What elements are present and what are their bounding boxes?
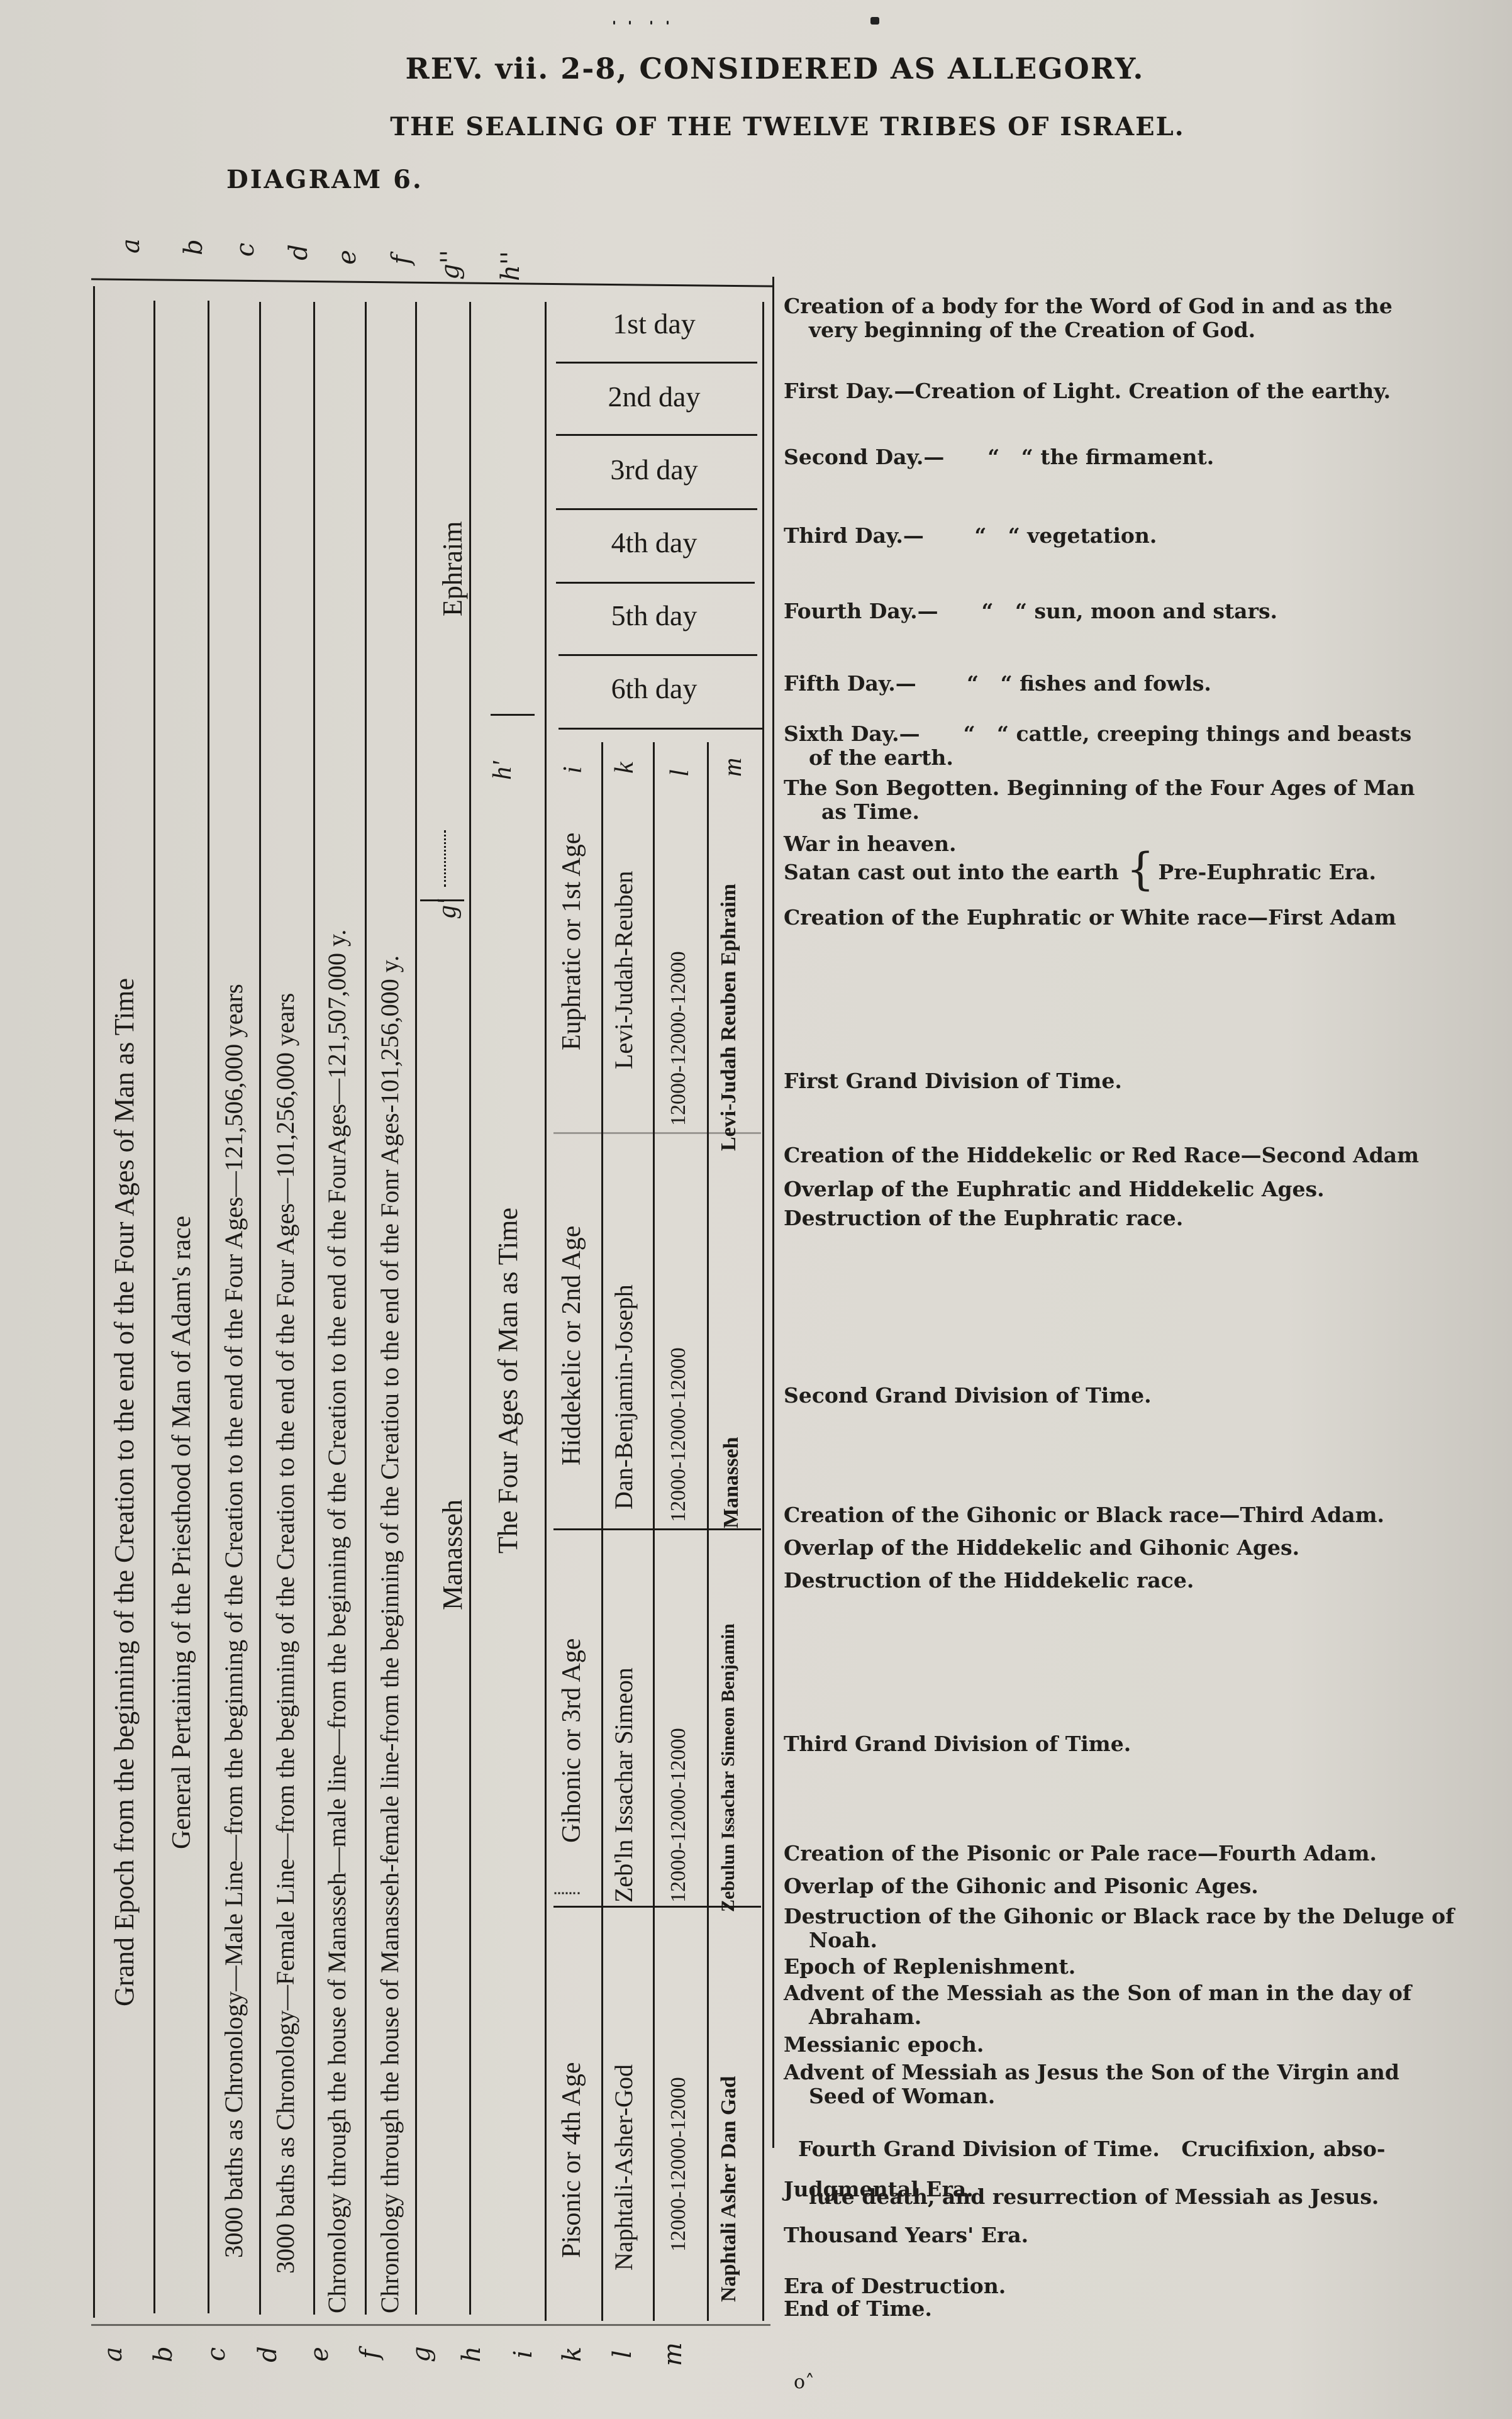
desc-text: Epoch of Replenishment.: [784, 1954, 1076, 1979]
desc-1: First Day.—Creation of Light. Creation o…: [784, 379, 1494, 403]
diagram-label: DIAGRAM 6.: [226, 165, 423, 194]
desc-text: First Grand Division of Time.: [784, 1069, 1122, 1093]
rule-f-right: [415, 302, 417, 2315]
column-h-mark: h': [489, 761, 516, 780]
column-letter-c: c: [231, 231, 260, 269]
row-letter-m: m: [659, 2335, 687, 2373]
desc-text: Overlap of the Gihonic and Pisonic Ages.: [784, 1874, 1259, 1898]
day-label-5: 5th day: [547, 599, 761, 632]
desc-text: Satan cast out into the earth: [784, 860, 1119, 884]
print-speck: [613, 21, 615, 25]
desc-31: End of Time.: [784, 2297, 1494, 2321]
numbers-l-2: 12000-12000-12000: [668, 1347, 689, 1522]
numbers-l-3: 12000-12000-12000: [668, 1728, 689, 1903]
desc-text: Fifth Day.— “ “ fishes and fowls.: [784, 671, 1211, 696]
desc-text: Era of Destruction.: [784, 2274, 1006, 2298]
desc-text: Destruction of the Hiddekelic race.: [784, 1568, 1194, 1593]
row-mark-l: l: [667, 769, 693, 777]
row-letter-i: i: [509, 2335, 538, 2373]
page-title: REV. vii. 2-8, CONSIDERED AS ALLEGORY.: [0, 52, 1512, 86]
row-letter-f: f: [355, 2335, 384, 2373]
column-g-mark: g': [434, 899, 460, 918]
day-rule: [559, 654, 757, 656]
print-speck: [667, 21, 669, 25]
desc-27: Fourth Grand Division of Time. Crucifixi…: [784, 2113, 1494, 2233]
age-pisonic: Pisonic or 4th Age: [559, 2062, 585, 2259]
desc-text: Overlap of the Hiddekelic and Gihonic Ag…: [784, 1535, 1299, 1560]
age-divider: [553, 1906, 761, 1908]
day-label-3: 3rd day: [547, 453, 761, 486]
column-h-four-ages: The Four Ages of Man as Time: [494, 1208, 522, 1554]
desc-text: Third Grand Division of Time.: [784, 1732, 1131, 1756]
desc-text: Creation of the Hiddekelic or Red Race—S…: [784, 1143, 1419, 1167]
age-euphratic: Euphratic or 1st Age: [559, 833, 585, 1050]
day-label-1: 1st day: [547, 307, 761, 340]
day-rule: [556, 362, 757, 364]
page-subtitle: THE SEALING OF THE TWELVE TRIBES OF ISRA…: [0, 112, 1512, 142]
day-rule: [556, 582, 755, 584]
desc-text: Creation of a body for the Word of God i…: [784, 294, 1392, 318]
desc-text: Third Day.— “ “ vegetation.: [784, 523, 1157, 548]
print-speck: [629, 21, 631, 25]
tribes-m-4: Naphtali Asher Dan Gad: [718, 2076, 740, 2302]
print-speck: [650, 21, 652, 25]
day-rule: [559, 728, 764, 730]
row-letter-k: k: [558, 2335, 587, 2373]
tribes-m-1: Levi-Judah Reuben Ephraim: [718, 884, 740, 1151]
desc-continuation: as Time.: [784, 800, 1494, 824]
column-letter-e: e: [333, 238, 362, 276]
column-d-text: 3000 baths as Chronology—Female Line—fro…: [273, 993, 298, 2274]
row-letter-g: g: [407, 2335, 436, 2373]
numbers-l-4: 12000-12000-12000: [668, 2077, 689, 2252]
day-label-6: 6th day: [547, 672, 761, 705]
column-g-manasseh: Manasseh: [439, 1499, 467, 1610]
column-f-text: Chronology through the house of Manasseh…: [377, 955, 403, 2313]
desc-text: End of Time.: [784, 2296, 932, 2321]
g-split-tick: [420, 899, 464, 901]
desc-text: Creation of the Gihonic or Black race—Th…: [784, 1503, 1384, 1527]
desc-text: Creation of the Euphratic or White race—…: [784, 905, 1396, 930]
desc-continuation: Seed of Woman.: [784, 2084, 1494, 2108]
age-divider: [553, 1528, 761, 1530]
rule-g-right: [469, 302, 471, 2315]
desc-26: Advent of Messiah as Jesus the Son of th…: [784, 2060, 1494, 2108]
age-hiddekelic: Hiddekelic or 2nd Age: [559, 1226, 585, 1465]
rule-k-right: [653, 742, 655, 2321]
descriptions-rule: [772, 277, 774, 2148]
rule-f-left: [365, 302, 367, 2315]
desc-text: Second Grand Division of Time.: [784, 1383, 1152, 1408]
age-divider: [553, 1132, 761, 1134]
row-letter-c: c: [202, 2335, 231, 2373]
rule-i-right: [601, 742, 603, 2321]
desc-3: Third Day.— “ “ vegetation.: [784, 524, 1494, 548]
desc-4: Fourth Day.— “ “ sun, moon and stars.: [784, 599, 1494, 623]
desc-text: Sixth Day.— “ “ cattle, creeping things …: [784, 721, 1411, 746]
desc-14: Destruction of the Euphratic race.: [784, 1206, 1494, 1230]
diagram-bottom-rule: [91, 2324, 770, 2326]
desc-text: First Day.—Creation of Light. Creation o…: [784, 379, 1391, 403]
desc-7: The Son Begotten. Beginning of the Four …: [784, 776, 1494, 824]
desc-20: Creation of the Pisonic or Pale race—Fou…: [784, 1842, 1494, 1866]
print-speck: [870, 17, 879, 25]
column-b-text: General Pertaining of the Priesthood of …: [169, 1216, 195, 1849]
rule-h-right: [545, 302, 547, 2321]
age-gihonic: Gihonic or 3rd Age: [559, 1638, 585, 1843]
desc-0: Creation of a body for the Word of God i…: [784, 294, 1494, 342]
rule-e-left: [313, 302, 315, 2315]
desc-5: Fifth Day.— “ “ fishes and fowls.: [784, 672, 1494, 696]
tribes-k-1: Levi-Judah-Reuben: [611, 871, 636, 1069]
desc-text: Messianic epoch.: [784, 2032, 984, 2057]
desc-9: Satan cast out into the earth{Pre-Euphra…: [784, 852, 1494, 884]
column-c-text: 3000 baths as Chronology—Male Line—from …: [221, 984, 247, 2258]
column-a-text: Grand Epoch from the beginning of the Cr…: [111, 978, 138, 2006]
numbers-l-1: 12000-12000-12000: [668, 951, 689, 1126]
desc-12: Creation of the Hiddekelic or Red Race—S…: [784, 1143, 1494, 1167]
desc-24: Advent of the Messiah as the Son of man …: [784, 1981, 1494, 2029]
desc-continuation: of the earth.: [784, 746, 1494, 770]
desc-18: Destruction of the Hiddekelic race.: [784, 1569, 1494, 1593]
desc-11: First Grand Division of Time.: [784, 1069, 1494, 1093]
tribes-k-4: Naphtali-Asher-God: [611, 2064, 636, 2271]
day-label-2: 2nd day: [547, 380, 761, 413]
desc-2: Second Day.— “ “ the firmament.: [784, 445, 1494, 469]
tribes-m-3: Zebulun Issachar Simeon Benjamin: [718, 1585, 738, 1912]
row-letter-e: e: [305, 2335, 334, 2373]
desc-text: Destruction of the Euphratic race.: [784, 1206, 1183, 1230]
desc-continuation: Abraham.: [784, 2005, 1494, 2029]
footer-mark: o˄: [794, 2371, 814, 2393]
desc-continuation: very beginning of the Creation of God.: [784, 318, 1494, 342]
rule-diagram-right: [762, 302, 764, 2321]
desc-19: Third Grand Division of Time.: [784, 1732, 1494, 1756]
tribes-k-2: Dan-Benjamin-Joseph: [611, 1284, 636, 1510]
desc-text: Thousand Years' Era.: [784, 2223, 1028, 2247]
row-letter-a: a: [99, 2335, 128, 2373]
h-split-tick: [491, 714, 535, 716]
rule-c-left: [208, 301, 209, 2313]
rule-b-left: [153, 301, 155, 2313]
desc-text: Fourth Day.— “ “ sun, moon and stars.: [784, 599, 1277, 623]
column-letter-h2: h'': [496, 247, 525, 285]
desc-text: Advent of the Messiah as the Son of man …: [784, 1981, 1411, 2005]
desc-16: Creation of the Gihonic or Black race—Th…: [784, 1503, 1494, 1527]
tribes-k-3: Zeb'ln Issachar Simeon: [611, 1667, 636, 1903]
rule-a-left: [93, 286, 95, 2318]
desc-text: Overlap of the Euphratic and Hiddekelic …: [784, 1177, 1325, 1201]
row-letter-b: b: [149, 2335, 178, 2373]
tribes-m-2: Manasseh: [721, 1437, 742, 1528]
desc-text: Advent of Messiah as Jesus the Son of th…: [784, 2060, 1399, 2084]
desc-23: Epoch of Replenishment.: [784, 1955, 1494, 1979]
day-label-4: 4th day: [547, 526, 761, 559]
desc-text: Judgmental Era.: [784, 2177, 974, 2201]
column-letter-b: b: [179, 228, 208, 266]
column-letter-a: a: [116, 227, 145, 265]
desc-text: The Son Begotten. Beginning of the Four …: [784, 776, 1415, 800]
desc-17: Overlap of the Hiddekelic and Gihonic Ag…: [784, 1536, 1494, 1560]
desc-22: Destruction of the Gihonic or Black race…: [784, 1905, 1494, 1952]
desc-30: Era of Destruction.: [784, 2274, 1494, 2298]
row-letter-l: l: [608, 2335, 637, 2373]
desc-21: Overlap of the Gihonic and Pisonic Ages.: [784, 1874, 1494, 1898]
desc-13: Overlap of the Euphratic and Hiddekelic …: [784, 1177, 1494, 1201]
column-letter-d: d: [284, 233, 313, 271]
desc-text: Creation of the Pisonic or Pale race—Fou…: [784, 1841, 1377, 1866]
g-split-marker: [444, 830, 446, 887]
row-mark-k: k: [611, 762, 638, 774]
desc-6: Sixth Day.— “ “ cattle, creeping things …: [784, 722, 1494, 770]
desc-25: Messianic epoch.: [784, 2033, 1494, 2057]
desc-15: Second Grand Division of Time.: [784, 1384, 1494, 1408]
rule-l-right: [707, 742, 709, 2321]
desc-aside: Pre-Euphratic Era.: [1158, 860, 1376, 884]
age-overlap-dotted: [555, 1893, 580, 1894]
row-mark-i: i: [560, 766, 586, 774]
day-rule: [556, 434, 757, 436]
row-letter-d: d: [253, 2335, 282, 2373]
column-g-ephraim: Ephraim: [439, 521, 467, 616]
column-e-text: Chronology through the house of Manasseh…: [325, 930, 350, 2313]
desc-continuation: Noah.: [784, 1928, 1494, 1952]
column-letter-f: f: [387, 241, 416, 279]
desc-28: Judgmental Era.: [784, 2177, 1494, 2201]
row-letter-h: h: [457, 2335, 486, 2373]
desc-text: Fourth Grand Division of Time. Crucifixi…: [798, 2137, 1386, 2161]
brace-icon: {: [1126, 843, 1155, 895]
column-letter-g2: g'': [436, 246, 465, 284]
rule-d-left: [259, 302, 261, 2315]
row-mark-m: m: [720, 758, 746, 777]
desc-text: Second Day.— “ “ the firmament.: [784, 445, 1214, 469]
desc-10: Creation of the Euphratic or White race—…: [784, 906, 1494, 930]
desc-text: Destruction of the Gihonic or Black race…: [784, 1904, 1454, 1928]
desc-29: Thousand Years' Era.: [784, 2223, 1494, 2247]
day-rule: [556, 508, 757, 510]
